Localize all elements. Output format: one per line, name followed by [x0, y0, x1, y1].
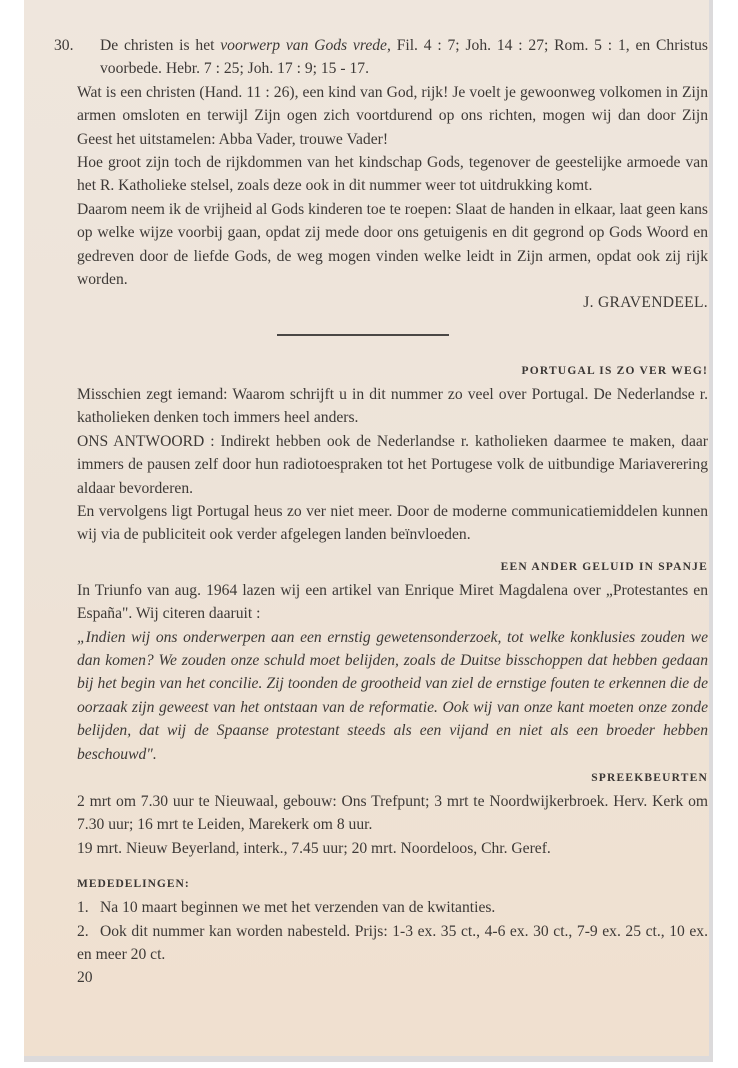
paragraph: Daarom neem ik de vrijheid al Gods kinde… [77, 198, 708, 292]
list-item-text: Ook dit nummer kan worden nabesteld. Pri… [77, 923, 708, 963]
page-number: 20 [77, 966, 708, 989]
section-heading-mededelingen: MEDEDELINGEN: [77, 872, 708, 896]
quote-text: „Indien wij ons onderwerpen aan een erns… [77, 629, 708, 763]
author-signature: J. GRAVENDEEL. [77, 291, 708, 314]
section-heading-spreekbeurten: SPREEKBEURTEN [77, 766, 708, 790]
document-page: 30.De christen is het voorwerp van Gods … [24, 0, 713, 1062]
paragraph: 19 mrt. Nieuw Beyerland, interk., 7.45 u… [77, 837, 708, 860]
paragraph: ONS ANTWOORD : Indirekt hebben ook de Ne… [77, 430, 708, 500]
list-item-number: 1. [77, 896, 100, 919]
section-heading-spanje: EEN ANDER GELUID IN SPANJE [77, 555, 708, 579]
paragraph: Wat is een christen (Hand. 11 : 26), een… [77, 81, 708, 151]
page-content: 30.De christen is het voorwerp van Gods … [77, 34, 708, 990]
paragraph: 2 mrt om 7.30 uur te Nieuwaal, gebouw: O… [77, 790, 708, 837]
section-heading-portugal: PORTUGAL IS ZO VER WEG! [77, 359, 708, 383]
numbered-item-30: 30.De christen is het voorwerp van Gods … [77, 34, 708, 81]
item-emphasis: voorwerp van Gods vrede [220, 37, 387, 54]
block-quote: „Indien wij ons onderwerpen aan een erns… [77, 626, 708, 766]
paragraph: Hoe groot zijn toch de rijkdommen van he… [77, 151, 708, 198]
item-number: 30. [77, 34, 100, 57]
section-divider-wrap [77, 315, 708, 359]
list-item: 2.Ook dit nummer kan worden nabesteld. P… [77, 920, 708, 967]
paragraph: En vervolgens ligt Portugal heus zo ver … [77, 500, 708, 547]
item-text: De christen is het [100, 37, 220, 54]
paragraph: Misschien zegt iemand: Waarom schrijft u… [77, 383, 708, 430]
list-item: 1.Na 10 maart beginnen we met het verzen… [77, 896, 708, 919]
list-item-text: Na 10 maart beginnen we met het verzende… [100, 899, 495, 916]
list-item-number: 2. [77, 920, 100, 943]
paragraph: In Triunfo van aug. 1964 lazen wij een a… [77, 579, 708, 626]
section-divider [277, 334, 449, 336]
